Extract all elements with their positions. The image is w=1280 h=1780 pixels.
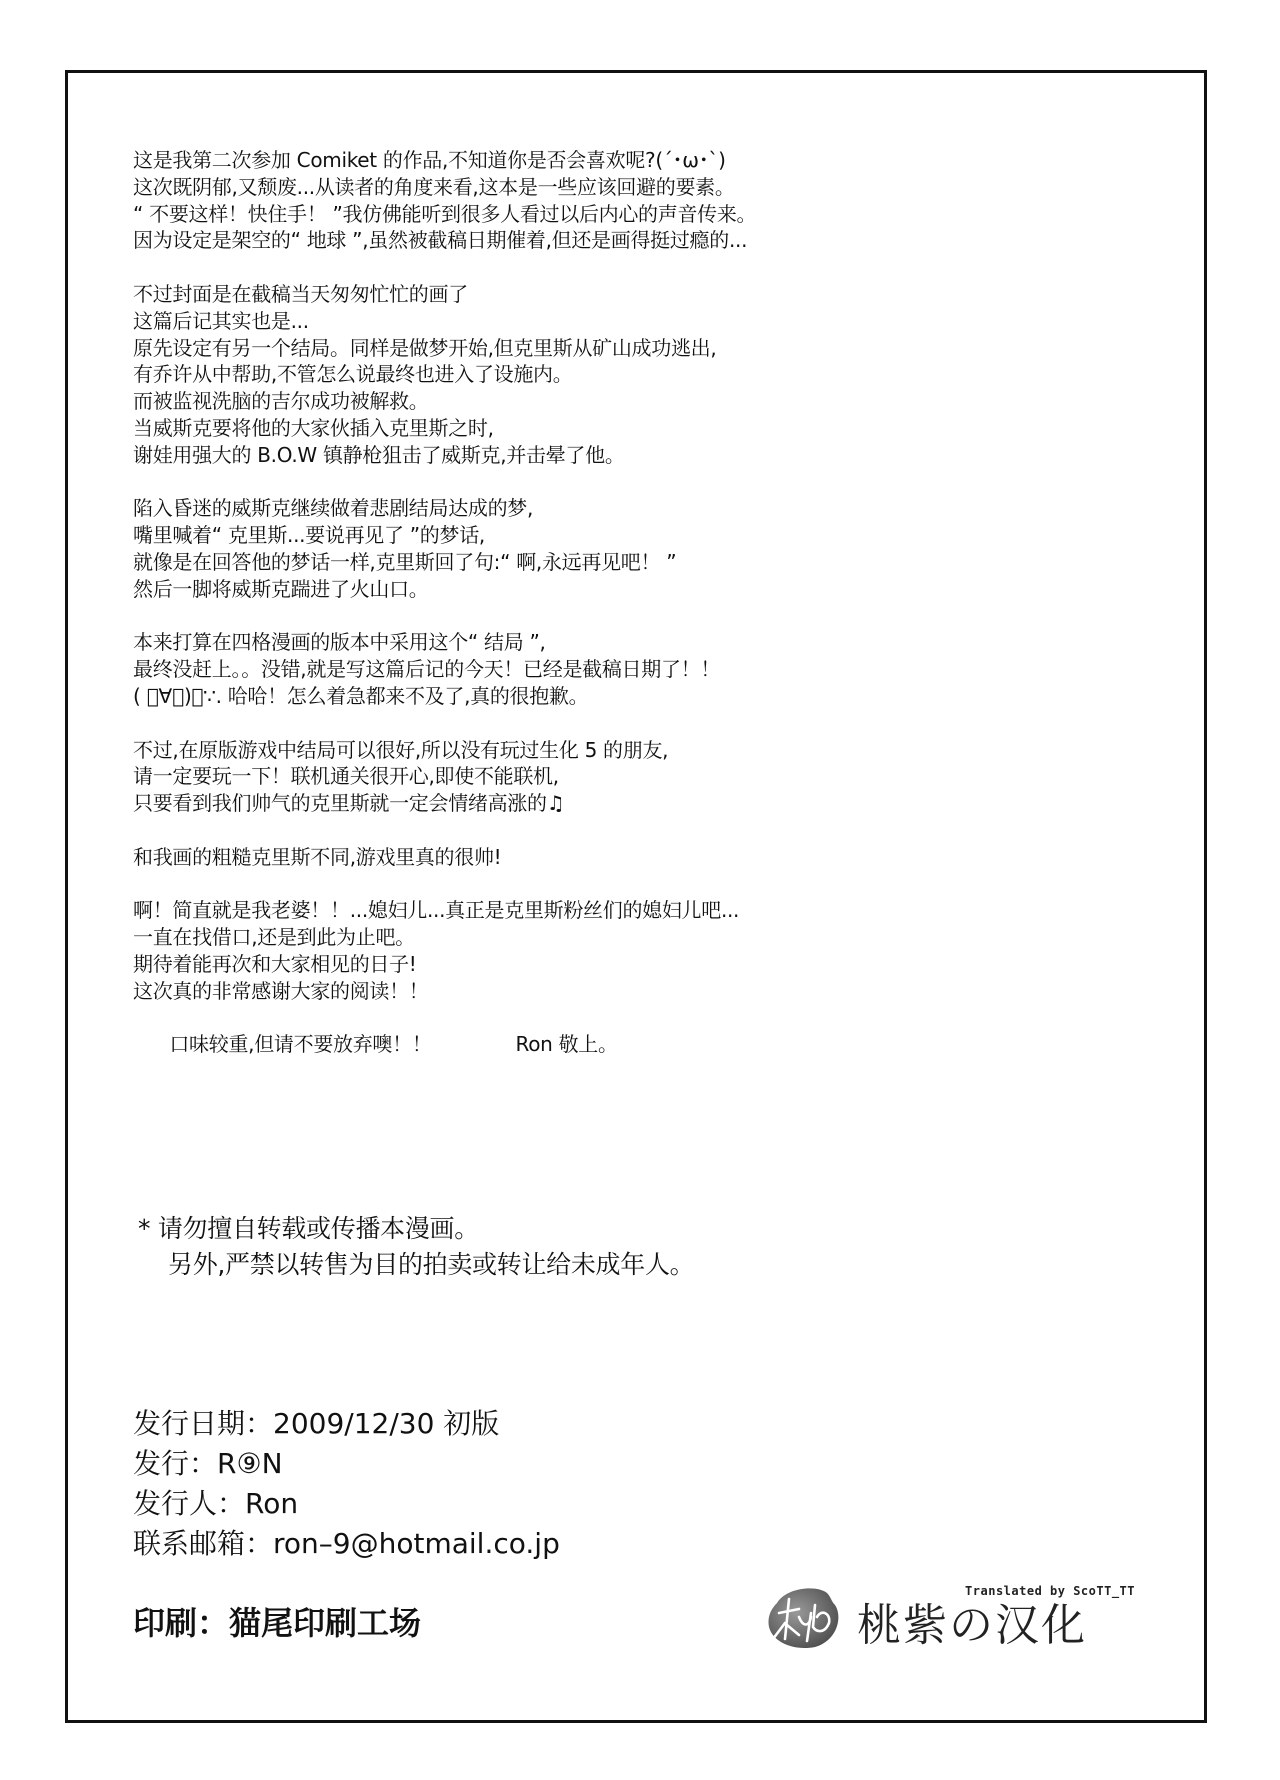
text-line: 当威斯克要将他的大家伙插入克里斯之时,: [133, 415, 1133, 442]
text-line: 这次既阴郁,又颓废...从读者的角度来看,这本是一些应该回避的要素。: [133, 174, 1133, 201]
signoff-line: 口味较重,但请不要放弃噢！！Ron 敬上。: [133, 1005, 1133, 1032]
author-signature: Ron 敬上。: [516, 1032, 618, 1056]
publisher-row: 发行：R⑨N: [133, 1444, 560, 1484]
text-line: 不过,在原版游戏中结局可以很好,所以没有玩过生化 5 的朋友,: [133, 737, 1133, 764]
signoff-text: 口味较重,但请不要放弃噢！！: [169, 1032, 431, 1056]
text-line: “ 不要这样！快住手！ ”我仿佛能听到很多人看过以后内心的声音传来。: [133, 201, 1133, 228]
text-line: 原先设定有另一个结局。同样是做梦开始,但克里斯从矿山成功逃出,: [133, 335, 1133, 362]
text-line: 啊！简直就是我老婆！！...媳妇儿...真正是克里斯粉丝们的媳妇儿吧...: [133, 897, 1133, 924]
translation-group-name: 桃紫の汉化: [857, 1601, 1087, 1651]
afterword-paragraph-2: 不过封面是在截稿当天匆匆忙忙的画了 这篇后记其实也是... 原先设定有另一个结局…: [133, 281, 1133, 469]
publisher-value: R⑨N: [217, 1447, 283, 1480]
issuer-value: Ron: [245, 1487, 298, 1520]
printer-value: 猫尾印刷工场: [229, 1604, 421, 1642]
text-line: 最终没赶上。。没错,就是写这篇后记的今天！已经是截稿日期了！！: [133, 656, 1133, 683]
text-line: 和我画的粗糙克里斯不同,游戏里真的很帅!: [133, 844, 1133, 871]
peach-calligraphy-logo-icon: [765, 1583, 841, 1651]
afterword-paragraph-3: 陷入昏迷的威斯克继续做着悲剧结局达成的梦, 嘴里喊着“ 克里斯...要说再见了 …: [133, 495, 1133, 602]
notice-line-no-resale: 另外,严禁以转售为目的拍卖或转让给未成年人。: [138, 1247, 694, 1283]
issuer-label: 发行人：: [133, 1487, 245, 1520]
colophon: 发行日期：2009/12/30 初版 发行：R⑨N 发行人：Ron 联系邮箱：r…: [133, 1404, 560, 1564]
text-line: 这是我第二次参加 Comiket 的作品,不知道你是否会喜欢呢?(´･ω･`): [133, 147, 1133, 174]
email-value: ron–9@hotmail.co.jp: [273, 1527, 560, 1560]
printer-row: 印刷：猫尾印刷工场: [133, 1601, 421, 1645]
release-date-label: 发行日期：: [133, 1407, 273, 1440]
text-line: 这次真的非常感谢大家的阅读！！: [133, 978, 1133, 1005]
translation-credit: Translated by ScoTT_TT 桃紫の汉化: [765, 1577, 1145, 1657]
text-line: 本来打算在四格漫画的版本中采用这个“ 结局 ”,: [133, 629, 1133, 656]
text-line: 谢娃用强大的 B.O.W 镇静枪狙击了威斯克,并击晕了他。: [133, 442, 1133, 469]
issuer-row: 发行人：Ron: [133, 1484, 560, 1524]
printer-label: 印刷：: [133, 1604, 229, 1642]
afterword-paragraph-5: 不过,在原版游戏中结局可以很好,所以没有玩过生化 5 的朋友, 请一定要玩一下！…: [133, 737, 1133, 817]
notice-line-no-redistribution: * 请勿擅自转载或传播本漫画。: [138, 1211, 694, 1247]
afterword-paragraph-7: 啊！简直就是我老婆！！...媳妇儿...真正是克里斯粉丝们的媳妇儿吧... 一直…: [133, 897, 1133, 1031]
release-date-row: 发行日期：2009/12/30 初版: [133, 1404, 560, 1444]
text-line: 而被监视洗脑的吉尔成功被解救。: [133, 388, 1133, 415]
email-label: 联系邮箱：: [133, 1527, 273, 1560]
text-line: 陷入昏迷的威斯克继续做着悲剧结局达成的梦,: [133, 495, 1133, 522]
text-line: 请一定要玩一下！联机通关很开心,即使不能联机,: [133, 763, 1133, 790]
text-line: 一直在找借口,还是到此为止吧。: [133, 924, 1133, 951]
text-line: 这篇后记其实也是...: [133, 308, 1133, 335]
afterword-paragraph-6: 和我画的粗糙克里斯不同,游戏里真的很帅!: [133, 844, 1133, 871]
afterword-paragraph-4: 本来打算在四格漫画的版本中采用这个“ 结局 ”, 最终没赶上。。没错,就是写这篇…: [133, 629, 1133, 709]
text-line: 嘴里喊着“ 克里斯...要说再见了 ”的梦话,: [133, 522, 1133, 549]
text-line: 有乔许从中帮助,不管怎么说最终也进入了设施内。: [133, 361, 1133, 388]
email-row: 联系邮箱：ron–9@hotmail.co.jp: [133, 1524, 560, 1564]
text-line: ( ﾟ∀ﾟ)･∵. 哈哈！怎么着急都来不及了,真的很抱歉。: [133, 683, 1133, 710]
copyright-notice: * 请勿擅自转载或传播本漫画。 另外,严禁以转售为目的拍卖或转让给未成年人。: [138, 1211, 694, 1283]
afterword-text: 这是我第二次参加 Comiket 的作品,不知道你是否会喜欢呢?(´･ω･`) …: [133, 147, 1133, 1058]
afterword-paragraph-1: 这是我第二次参加 Comiket 的作品,不知道你是否会喜欢呢?(´･ω･`) …: [133, 147, 1133, 254]
text-line: 因为设定是架空的“ 地球 ”,虽然被截稿日期催着,但还是画得挺过瘾的...: [133, 227, 1133, 254]
text-line: 不过封面是在截稿当天匆匆忙忙的画了: [133, 281, 1133, 308]
text-line: 就像是在回答他的梦话一样,克里斯回了句:“ 啊,永远再见吧！ ”: [133, 549, 1133, 576]
publisher-label: 发行：: [133, 1447, 217, 1480]
translator-credit-text: Translated by ScoTT_TT: [965, 1584, 1135, 1598]
text-line: 只要看到我们帅气的克里斯就一定会情绪高涨的♫: [133, 790, 1133, 817]
release-date-value: 2009/12/30 初版: [273, 1407, 499, 1440]
text-line: 然后一脚将威斯克踹进了火山口。: [133, 576, 1133, 603]
text-line: 期待着能再次和大家相见的日子!: [133, 951, 1133, 978]
